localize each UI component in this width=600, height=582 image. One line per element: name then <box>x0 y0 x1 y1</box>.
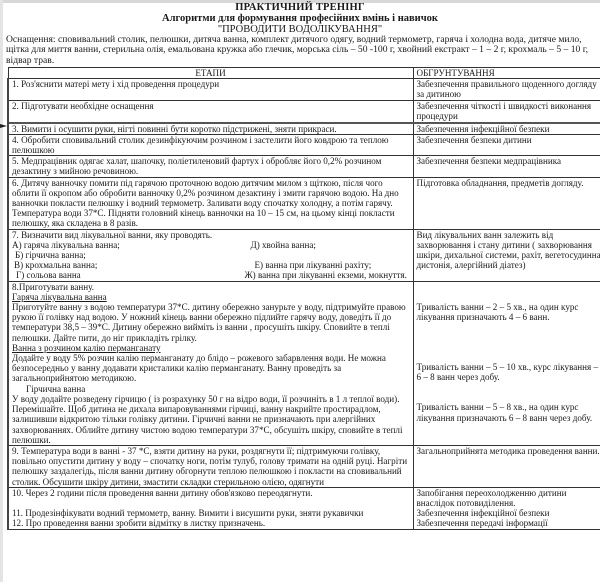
rationale-cell: Підготовка обладнання, предметів догляду… <box>413 177 600 229</box>
kmno4-bath-rationale: Тривалість ванни – 5 – 10 хв., курс ліку… <box>417 362 600 382</box>
step-cell: 8.Приготувати ванну. Гаряча лікувальна в… <box>8 281 413 445</box>
step-10-text: 10. Через 2 години після проведення ванн… <box>12 488 410 498</box>
bath-option: В) крохмальна ванна; <box>12 260 251 270</box>
hot-bath-title: Гаряча лікувальна ванна <box>12 292 410 302</box>
bath-option: Б) гірчична ванна; <box>12 250 251 260</box>
step-cell: 7. Визначити вид лікувальної ванни, яку … <box>8 229 413 281</box>
table-row: 3. Вимити і осушити руки, нігті повинні … <box>8 123 600 135</box>
step-cell: 6. Дитячу ванночку помити під гарячою пр… <box>8 177 413 229</box>
procedure-table: ЕТАПИ ОБГРУНТУВАННЯ 1. Роз'яснити матері… <box>7 67 600 530</box>
table-row-bath-types: 7. Визначити вид лікувальної ванни, яку … <box>8 229 600 281</box>
rationale-cell: Забезпечення чіткості і швидкості викона… <box>413 101 600 123</box>
step-7-text: 7. Визначити вид лікувальної ванни, яку … <box>12 230 410 240</box>
equipment-paragraph: Оснащення: сповивальний столик, пелюшки,… <box>6 35 598 66</box>
bath-option: Г) сольова ванна <box>12 270 251 280</box>
table-row: 5. Медпрацівник одягає халат, шапочку, п… <box>8 156 600 177</box>
table-row: 4. Обробити сповивальний столик дезинфік… <box>8 134 600 155</box>
rationale-cell: Тривалість ванни – 2 – 5 хв., на один ку… <box>413 281 600 445</box>
page-title: ПРАКТИЧНИЙ ТРЕНІНГ <box>0 2 600 13</box>
step-cell: 10. Через 2 години після проведення ванн… <box>8 487 413 529</box>
table-row-prepare-bath: 8.Приготувати ванну. Гаряча лікувальна в… <box>8 281 600 445</box>
table-row-final-steps: 10. Через 2 години після проведення ванн… <box>8 487 600 529</box>
step-10-rationale: Запобігання переохолодженню дитини внасл… <box>417 488 600 508</box>
bath-option <box>251 250 410 260</box>
column-header-stages: ЕТАПИ <box>8 68 413 79</box>
step-12-text: 12. Про проведення ванни зробити відмітк… <box>12 518 410 528</box>
page-subtitle: Алгоритми для формування професійних вмі… <box>0 13 600 24</box>
rationale-cell: Загальноприйнята методика проведення ван… <box>413 445 600 487</box>
step-cell: 1. Роз'яснити матері мету і хід проведен… <box>8 79 413 101</box>
hot-bath-text: Приготуйте ванну з водою температури 37*… <box>12 302 410 343</box>
table-row-bathing: 9. Температура води в ванні - 37 *С, взя… <box>8 445 600 487</box>
mustard-bath-text: У воду додайте розведену гірчицю ( із ро… <box>12 394 410 445</box>
step-11-rationale: Забезпечення інфекційної безпеки <box>417 508 600 518</box>
step-8-text: 8.Приготувати ванну. <box>12 282 410 292</box>
hot-bath-rationale: Тривалість ванни – 2 – 5 хв., на один ку… <box>417 302 600 322</box>
rationale-cell: Запобігання переохолодженню дитини внасл… <box>413 487 600 529</box>
rationale-cell: Забезпечення інфекційної безпеки <box>413 123 600 135</box>
step-cell: 3. Вимити і осушити руки, нігті повинні … <box>8 123 413 135</box>
table-row: 1. Роз'яснити матері мету і хід проведен… <box>8 79 600 101</box>
bath-option: А) гаряча лікувальна ванна; <box>12 240 251 250</box>
rationale-cell: Вид лікувальних ванн залежить від захвор… <box>413 229 600 281</box>
bath-option: Ж) ванна при лікуванні екземи, мокнуття. <box>245 270 410 280</box>
step-12-rationale: Забезпечення передачі інформації <box>417 518 600 528</box>
mustard-bath-title: Гірчична ванна <box>12 384 410 394</box>
kmno4-bath-title: Ванна з розчином калію перманганату <box>12 343 410 353</box>
document-header: ПРАКТИЧНИЙ ТРЕНІНГ Алгоритми для формува… <box>0 2 600 35</box>
arrow-marker-icon <box>0 124 7 128</box>
bath-option: Д) хвойна ванна; <box>251 240 410 250</box>
bath-type-options: А) гаряча лікувальна ванна; Б) гірчична … <box>12 240 410 281</box>
step-cell: 5. Медпрацівник одягає халат, шапочку, п… <box>8 156 413 177</box>
rationale-cell: Забезпечення безпеки медпрацівника <box>413 156 600 177</box>
table-row: 2. Підготувати необхідне оснащення Забез… <box>8 101 600 123</box>
step-cell: 9. Температура води в ванні - 37 *С, взя… <box>8 445 413 487</box>
kmno4-bath-text: Додайте у воду 5% розчин калію перманган… <box>12 353 410 384</box>
step-cell: 2. Підготувати необхідне оснащення <box>8 101 413 123</box>
rationale-cell: Забезпечення безпеки дитини <box>413 134 600 155</box>
table-header-row: ЕТАПИ ОБГРУНТУВАННЯ <box>8 68 600 79</box>
step-cell: 4. Обробити сповивальний столик дезинфік… <box>8 134 413 155</box>
rationale-cell: Забезпечення правильного щоденного догля… <box>413 79 600 101</box>
column-header-rationale: ОБГРУНТУВАННЯ <box>413 68 600 79</box>
step-11-text: 11. Продезінфікувати водний термометр, в… <box>12 508 410 518</box>
page-left-edge <box>0 0 3 582</box>
mustard-bath-rationale: Тривалість ванни – 5 – 8 хв., на один ку… <box>417 402 600 422</box>
bath-option: Е) ванна при лікуванні рахіту; <box>251 260 410 270</box>
table-row: 6. Дитячу ванночку помити під гарячою пр… <box>8 177 600 229</box>
